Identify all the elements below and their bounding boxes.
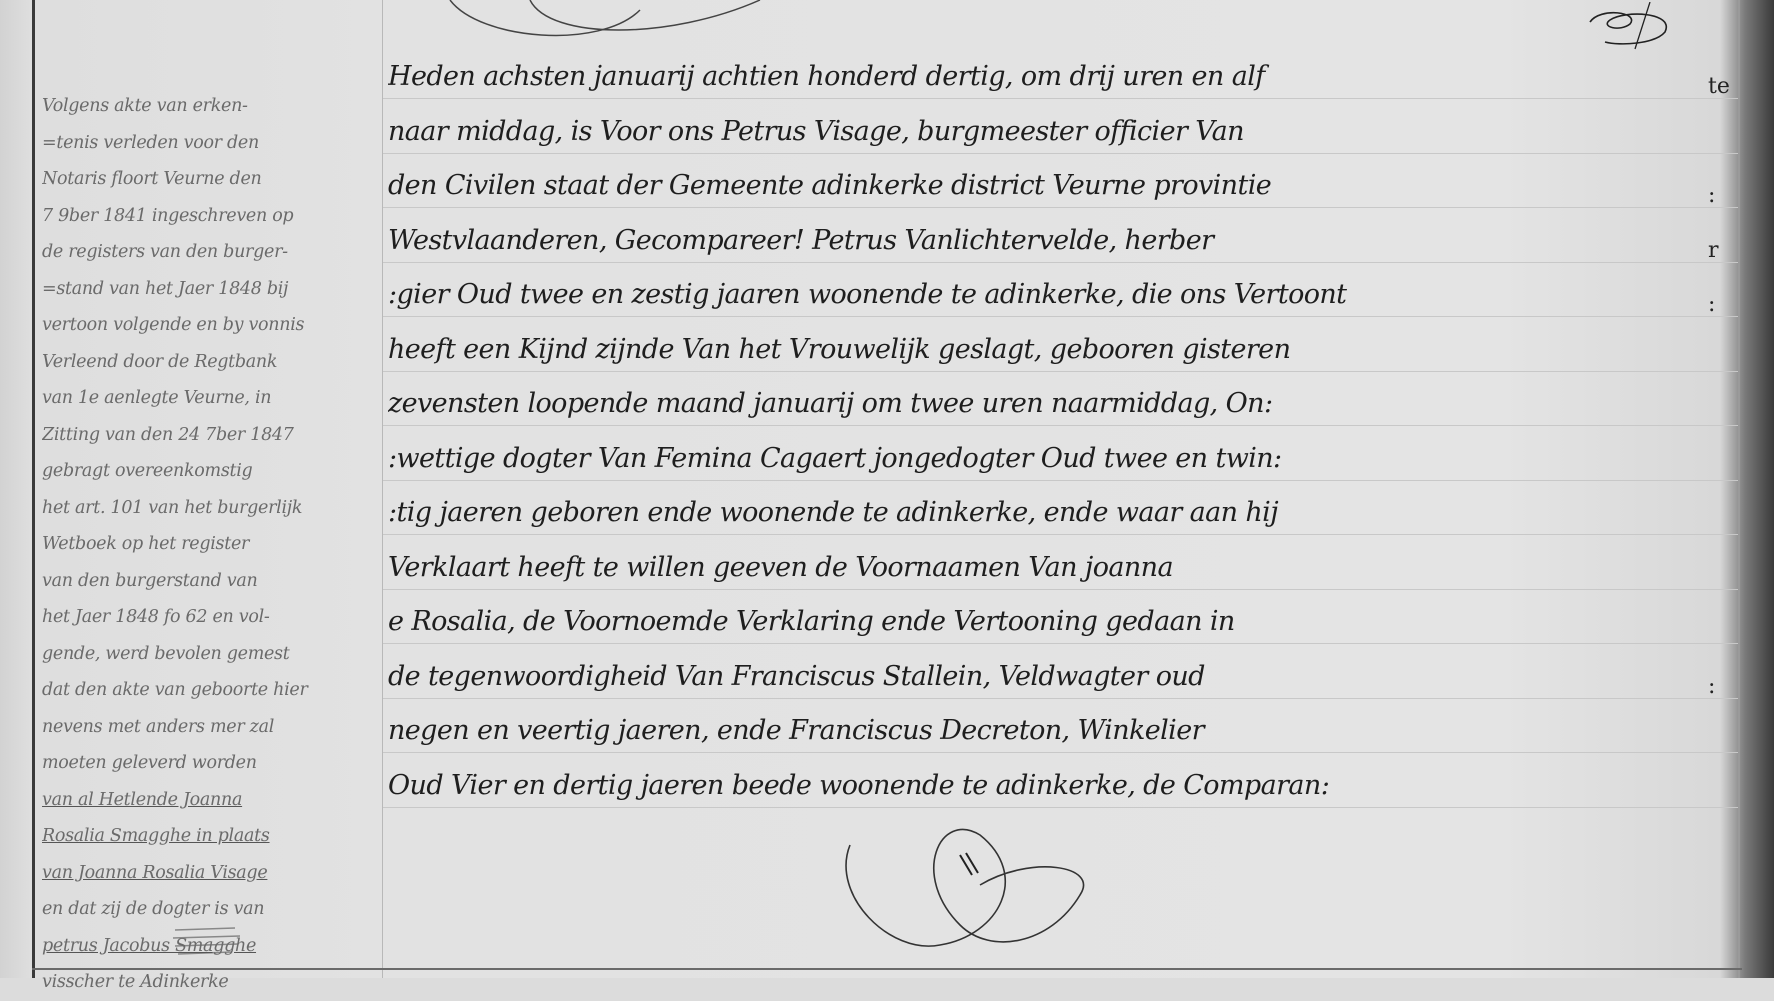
- margin-line: 7 9ber 1841 ingeschreven op: [42, 198, 382, 235]
- margin-line: van al Hetlende Joanna: [42, 782, 382, 819]
- margin-line: =stand van het Jaer 1848 bij: [42, 271, 382, 308]
- right-mark: [1708, 496, 1736, 551]
- margin-line: het Jaer 1848 fo 62 en vol-: [42, 599, 382, 636]
- record-line: negen en veertig jaeren, ende Franciscus…: [388, 704, 1733, 759]
- right-mark: [1708, 605, 1736, 660]
- margin-line: visscher te Adinkerke: [42, 964, 382, 978]
- record-line: :tig jaeren geboren ende woonende te adi…: [388, 486, 1733, 541]
- margin-line: Verleend door de Regtbank: [42, 344, 382, 381]
- margin-line: gende, werd bevolen gemest: [42, 636, 382, 673]
- record-line: :wettige dogter Van Femina Cagaert jonge…: [388, 432, 1733, 487]
- record-line: :gier Oud twee en zestig jaaren woonende…: [388, 268, 1733, 323]
- record-line: e Rosalia, de Voornoemde Verklaring ende…: [388, 595, 1733, 650]
- margin-line: van den burgerstand van: [42, 563, 382, 600]
- margin-line: Volgens akte van erken-: [42, 88, 382, 125]
- page-binding-rule: [32, 0, 35, 978]
- right-mark: r: [1708, 224, 1736, 279]
- right-mark: [1708, 769, 1736, 824]
- record-line: heeft een Kijnd zijnde Van het Vrouwelij…: [388, 323, 1733, 378]
- signature-flourish-icon: [830, 815, 1150, 965]
- record-line: Heden achsten januarij achtien honderd d…: [388, 50, 1733, 105]
- record-body: Heden achsten januarij achtien honderd d…: [388, 50, 1733, 813]
- right-mark: [1708, 387, 1736, 442]
- margin-line: Zitting van den 24 7ber 1847: [42, 417, 382, 454]
- margin-line: Notaris floort Veurne den: [42, 161, 382, 198]
- right-mark: [1708, 115, 1736, 170]
- record-line: den Civilen staat der Gemeente adinkerke…: [388, 159, 1733, 214]
- register-page: Volgens akte van erken- =tenis verleden …: [0, 0, 1774, 978]
- margin-line: dat den akte van geboorte hier: [42, 672, 382, 709]
- margin-line: moeten geleverd worden: [42, 745, 382, 782]
- record-line: Verklaart heeft te willen geeven de Voor…: [388, 541, 1733, 596]
- top-flourish-icon: [440, 0, 820, 50]
- margin-line: en dat zij de dogter is van: [42, 891, 382, 928]
- right-margin-marks: te : r : :: [1708, 60, 1736, 823]
- margin-line: de registers van den burger-: [42, 234, 382, 271]
- margin-line: petrus Jacobus Smagghe: [42, 928, 382, 965]
- margin-annotation: Volgens akte van erken- =tenis verleden …: [42, 88, 382, 978]
- right-edge-rule: [1738, 0, 1740, 978]
- margin-line: vertoon volgende en by vonnis: [42, 307, 382, 344]
- right-mark: [1708, 551, 1736, 606]
- record-line: Oud Vier en dertig jaeren beede woonende…: [388, 759, 1733, 814]
- right-mark: [1708, 714, 1736, 769]
- margin-line: nevens met anders mer zal: [42, 709, 382, 746]
- margin-line: Rosalia Smagghe in plaats: [42, 818, 382, 855]
- right-mark: :: [1708, 169, 1736, 224]
- margin-line: gebragt overeenkomstig: [42, 453, 382, 490]
- margin-line: van 1e aenlegte Veurne, in: [42, 380, 382, 417]
- record-line: de tegenwoordigheid Van Franciscus Stall…: [388, 650, 1733, 705]
- margin-line: het art. 101 van het burgerlijk: [42, 490, 382, 527]
- right-mark: te: [1708, 60, 1736, 115]
- paraph-icon: [1580, 2, 1690, 50]
- record-line: zevensten loopende maand januarij om twe…: [388, 377, 1733, 432]
- right-mark: :: [1708, 278, 1736, 333]
- right-mark: [1708, 333, 1736, 388]
- margin-rule: [382, 0, 383, 978]
- margin-line: van Joanna Rosalia Visage: [42, 855, 382, 892]
- record-line: Westvlaanderen, Gecompareer! Petrus Vanl…: [388, 214, 1733, 269]
- right-mark: [1708, 442, 1736, 497]
- margin-line: =tenis verleden voor den: [42, 125, 382, 162]
- record-line: naar middag, is Voor ons Petrus Visage, …: [388, 105, 1733, 160]
- right-mark: :: [1708, 660, 1736, 715]
- margin-line: Wetboek op het register: [42, 526, 382, 563]
